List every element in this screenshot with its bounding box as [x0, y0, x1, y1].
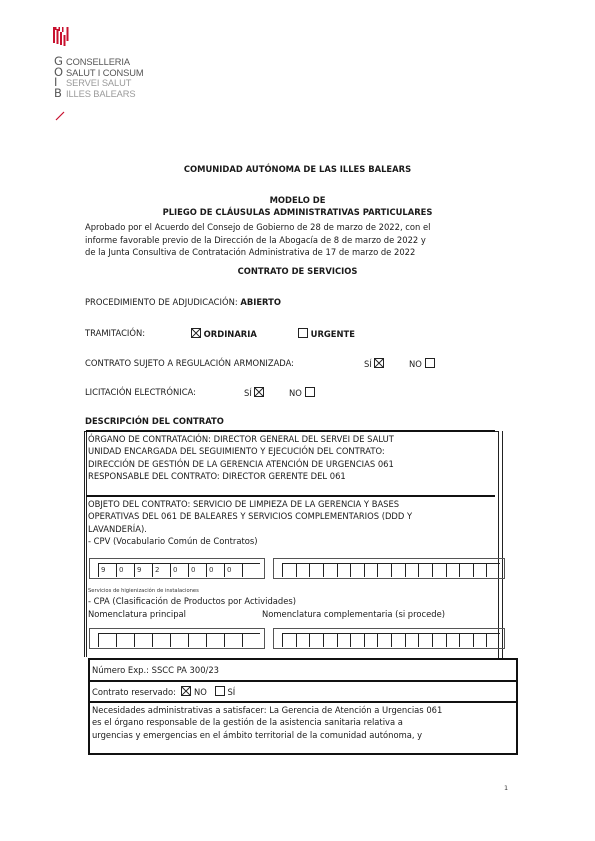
code-digit-cell[interactable]: [309, 564, 323, 577]
code-digit-cell[interactable]: [282, 634, 296, 647]
approval-paragraph: Aprobado por el Acuerdo del Consejo de G…: [85, 221, 525, 259]
code-digit-cell[interactable]: 0: [206, 564, 224, 577]
cpa-cell: - CPA (Clasificación de Productos por Ac…: [88, 596, 296, 608]
institution-name: CONSELLERIA SALUT I CONSUM SERVEI SALUT …: [66, 57, 143, 99]
cpa-extra-code-field[interactable]: [273, 628, 505, 649]
checkbox-ordinaria[interactable]: [191, 328, 201, 338]
code-digit-cell[interactable]: 9: [134, 564, 152, 577]
code-digit-cell[interactable]: [337, 564, 351, 577]
reserved-line: Contrato reservado: NO SÍ: [92, 686, 235, 698]
cpv-main-code-field[interactable]: 90920000: [89, 558, 265, 579]
code-digit-cell[interactable]: [391, 634, 405, 647]
code-digit-cell[interactable]: [282, 564, 296, 577]
code-digit-cell[interactable]: 2: [152, 564, 170, 577]
cpv-extra-code-field[interactable]: [273, 558, 505, 579]
code-digit-cell[interactable]: [116, 634, 134, 647]
electronic-yes[interactable]: SÍ: [244, 387, 264, 399]
procedure-value: ABIERTO: [240, 297, 281, 307]
code-digit-cell[interactable]: [309, 634, 323, 647]
code-digit-cell[interactable]: [170, 634, 188, 647]
code-digit-cell[interactable]: [296, 564, 310, 577]
checkbox-harmonized-yes[interactable]: [374, 358, 384, 368]
code-digit-cell[interactable]: [405, 564, 419, 577]
code-digit-cell[interactable]: [446, 564, 460, 577]
code-digit-cell[interactable]: [242, 634, 260, 647]
object-cell: OBJETO DEL CONTRATO: SERVICIO DE LIMPIEZ…: [88, 498, 412, 548]
goib-letters: G O I B: [54, 56, 63, 98]
model-heading-1: MODELO DE: [0, 195, 595, 205]
box-border: [86, 431, 87, 657]
contract-type-heading: CONTRATO DE SERVICIOS: [0, 266, 595, 276]
code-digit-cell[interactable]: [188, 634, 206, 647]
code-digit-cell[interactable]: [405, 634, 419, 647]
code-digit-cell[interactable]: [446, 634, 460, 647]
logo-line: SERVEI SALUT: [66, 78, 143, 89]
code-digit-cell[interactable]: [486, 634, 500, 647]
checkbox-electronic-no[interactable]: [305, 387, 315, 397]
logo-line: ILLES BALEARS: [66, 89, 143, 100]
electronic-no[interactable]: NO: [289, 387, 315, 399]
code-digit-cell[interactable]: [473, 564, 487, 577]
code-digit-cell[interactable]: [377, 634, 391, 647]
checkbox-urgente[interactable]: [298, 328, 308, 338]
code-digit-cell[interactable]: [134, 634, 152, 647]
tramitacion-ordinaria[interactable]: ORDINARIA: [191, 328, 257, 340]
logo-slash-icon: [55, 111, 65, 121]
cpa-main-code-field[interactable]: [89, 628, 265, 649]
code-digit-cell[interactable]: 0: [188, 564, 206, 577]
checkbox-electronic-yes[interactable]: [254, 387, 264, 397]
logo-line: SALUT I CONSUM: [66, 68, 143, 79]
harmonized-no[interactable]: NO: [409, 358, 435, 370]
code-digit-cell[interactable]: [432, 564, 446, 577]
box-top-border: [86, 430, 495, 432]
code-digit-cell[interactable]: [337, 634, 351, 647]
procedure-line: PROCEDIMIENTO DE ADJUDICACIÓN: ABIERTO: [85, 297, 281, 308]
code-digit-cell[interactable]: 0: [224, 564, 242, 577]
box-divider: [86, 495, 495, 497]
checkbox-reserved-yes[interactable]: [215, 686, 225, 696]
code-digit-cell[interactable]: [98, 634, 116, 647]
logo-line: CONSELLERIA: [66, 57, 143, 68]
code-digit-cell[interactable]: [364, 564, 378, 577]
needs-text: Necesidades administrativas a satisfacer…: [92, 704, 442, 741]
code-digit-cell[interactable]: [459, 564, 473, 577]
code-digit-cell[interactable]: 0: [116, 564, 134, 577]
code-digit-cell[interactable]: [432, 634, 446, 647]
code-digit-cell[interactable]: [473, 634, 487, 647]
cpa-extra-label: Nomenclatura complementaria (si procede): [262, 609, 445, 620]
cpv-description-note: Servicios de higienización de instalacio…: [88, 588, 199, 594]
checkbox-harmonized-no[interactable]: [425, 358, 435, 368]
code-digit-cell[interactable]: [323, 634, 337, 647]
code-digit-cell[interactable]: [206, 634, 224, 647]
code-digit-cell[interactable]: [224, 634, 242, 647]
page-number: 1: [504, 784, 508, 792]
electronic-label: LICITACIÓN ELECTRÓNICA:: [85, 387, 196, 398]
code-digit-cell[interactable]: [459, 634, 473, 647]
code-digit-cell[interactable]: 0: [170, 564, 188, 577]
region-heading: COMUNIDAD AUTÓNOMA DE LAS ILLES BALEARS: [0, 164, 595, 174]
code-digit-cell[interactable]: [418, 564, 432, 577]
harmonized-label: CONTRATO SUJETO A REGULACIÓN ARMONIZADA:: [85, 358, 294, 369]
code-digit-cell[interactable]: [323, 564, 337, 577]
code-digit-cell[interactable]: [391, 564, 405, 577]
harmonized-yes[interactable]: SÍ: [364, 358, 384, 370]
description-heading: DESCRIPCIÓN DEL CONTRATO: [85, 416, 224, 427]
code-digit-cell[interactable]: [350, 634, 364, 647]
expediente-number: Número Exp.: SSCC PA 300/23: [92, 664, 219, 676]
code-digit-cell[interactable]: [418, 634, 432, 647]
organ-cell: ÓRGANO DE CONTRATACIÓN: DIRECTOR GENERAL…: [88, 433, 394, 483]
cpa-main-label: Nomenclatura principal: [88, 609, 186, 620]
code-digit-cell[interactable]: [364, 634, 378, 647]
code-digit-cell[interactable]: [152, 634, 170, 647]
code-digit-cell[interactable]: [296, 634, 310, 647]
code-digit-cell[interactable]: [350, 564, 364, 577]
code-digit-cell[interactable]: [486, 564, 500, 577]
code-digit-cell[interactable]: [377, 564, 391, 577]
model-heading-2: PLIEGO DE CLÁUSULAS ADMINISTRATIVAS PART…: [0, 207, 595, 217]
checkbox-reserved-no[interactable]: [181, 686, 191, 696]
tramitacion-urgente[interactable]: URGENTE: [298, 328, 355, 340]
code-digit-cell[interactable]: [242, 564, 260, 577]
goib-coat-of-arms-icon: [53, 27, 69, 47]
code-digit-cell[interactable]: 9: [98, 564, 116, 577]
tramitacion-label: TRAMITACIÓN:: [85, 328, 145, 339]
